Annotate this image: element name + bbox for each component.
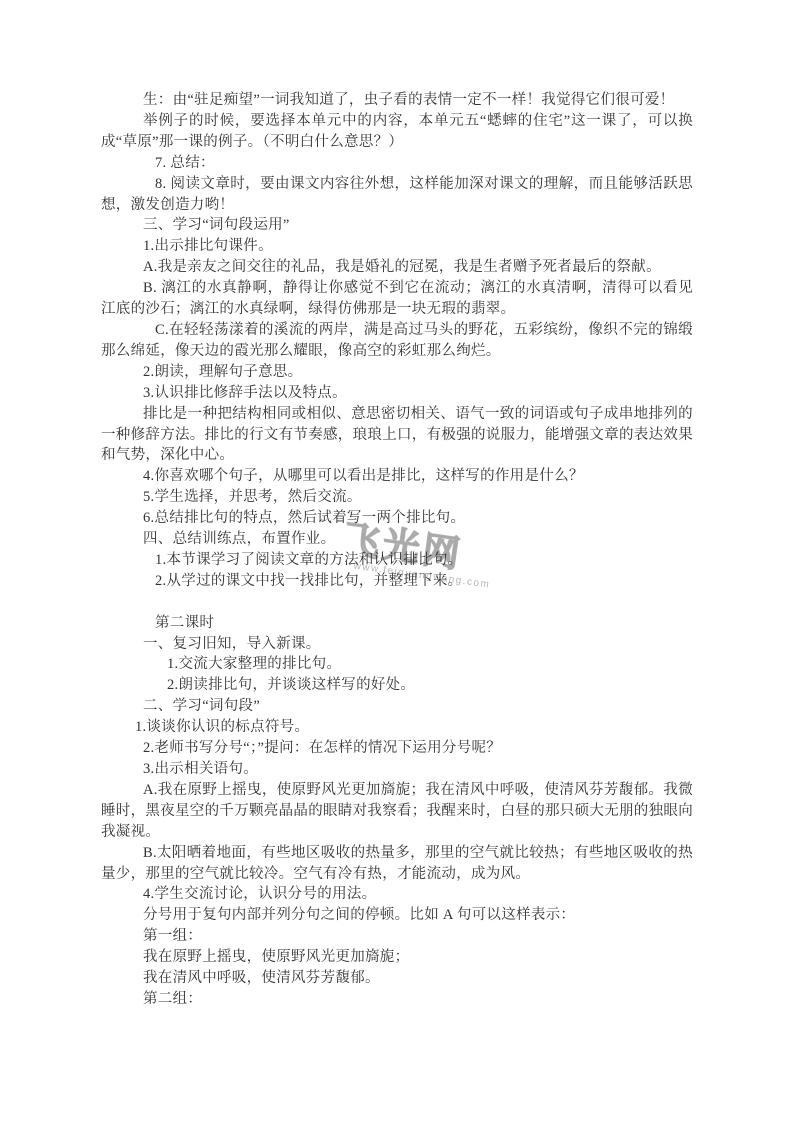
document-paragraph: 3.认识排比修辞手法以及特点。 (101, 383, 693, 404)
document-paragraph: 分号用于复句内部并列分句之间的停顿。比如 A 句可以这样表示： (101, 905, 693, 926)
document-paragraph: 4.你喜欢哪个句子，从哪里可以看出是排比，这样写的作用是什么？ (101, 466, 693, 487)
document-paragraph: 6.总结排比句的特点，然后试着写一两个排比句。 (101, 508, 693, 529)
document-paragraph: 我在清风中呼吸，使清风芬芳馥郁。 (101, 968, 693, 989)
document-paragraph: 1.本节课学习了阅读文章的方法和认识排比句。 (101, 550, 693, 571)
document-paragraph: 四、总结训练点，布置作业。 (101, 529, 693, 550)
document-paragraph: C.在轻轻荡漾着的溪流的两岸，满是高过马头的野花，五彩缤纷，像织不完的锦缎那么绵… (101, 320, 693, 362)
document-paragraph: 2.朗读，理解句子意思。 (101, 362, 693, 383)
document-page: 飞光网 www.feiguangwang.com 生：由“驻足痴望”一词我知道了… (0, 0, 793, 1122)
document-paragraph: 1.交流大家整理的排比句。 (101, 654, 693, 675)
blank-line (101, 592, 693, 613)
document-paragraph: 1.出示排比句课件。 (101, 236, 693, 257)
document-paragraph: 二、学习“词句段” (101, 696, 693, 717)
document-body: 生：由“驻足痴望”一词我知道了，虫子看的表情一定不一样！我觉得它们很可爱！举例子… (101, 90, 693, 1010)
document-paragraph: 举例子的时候，要选择本单元中的内容，本单元五“蟋蟀的住宅”这一课了，可以换成“草… (101, 111, 693, 153)
document-paragraph: 第一组： (101, 926, 693, 947)
document-paragraph: 1.谈谈你认识的标点符号。 (101, 717, 693, 738)
document-paragraph: 2.从学过的课文中找一找排比句，并整理下来。 (101, 571, 693, 592)
document-paragraph: B.太阳晒着地面，有些地区吸收的热量多，那里的空气就比较热；有些地区吸收的热量少… (101, 843, 693, 885)
document-paragraph: 7. 总结： (101, 153, 693, 174)
document-paragraph: 3.出示相关语句。 (101, 759, 693, 780)
document-paragraph: A.我在原野上摇曳，使原野风光更加旖旎；我在清风中呼吸，使清风芬芳馥郁。我微睡时… (101, 780, 693, 843)
document-paragraph: 排比是一种把结构相同或相似、意思密切相关、语气一致的词语或句子成串地排列的一种修… (101, 404, 693, 467)
document-paragraph: 三、学习“词句段运用” (101, 215, 693, 236)
document-paragraph: 一、复习旧知，导入新课。 (101, 634, 693, 655)
document-paragraph: A.我是亲友之间交往的礼品，我是婚礼的冠冕，我是生者赠予死者最后的祭献。 (101, 257, 693, 278)
document-paragraph: 我在原野上摇曳，使原野风光更加旖旎； (101, 947, 693, 968)
document-paragraph: 2.朗读排比句，并谈谈这样写的好处。 (101, 675, 693, 696)
document-paragraph: 8. 阅读文章时，要由课文内容往外想，这样能加深对课文的理解，而且能够活跃思想，… (101, 174, 693, 216)
document-paragraph: B. 漓江的水真静啊，静得让你感觉不到它在流动；漓江的水真清啊，清得可以看见江底… (101, 278, 693, 320)
document-paragraph: 2.老师书写分号“；”提问：在怎样的情况下运用分号呢？ (101, 738, 693, 759)
document-paragraph: 4.学生交流讨论，认识分号的用法。 (101, 884, 693, 905)
document-paragraph: 5.学生选择，并思考，然后交流。 (101, 487, 693, 508)
document-paragraph: 第二组： (101, 989, 693, 1010)
document-paragraph: 生：由“驻足痴望”一词我知道了，虫子看的表情一定不一样！我觉得它们很可爱！ (101, 90, 693, 111)
document-paragraph: 第二课时 (101, 613, 693, 634)
